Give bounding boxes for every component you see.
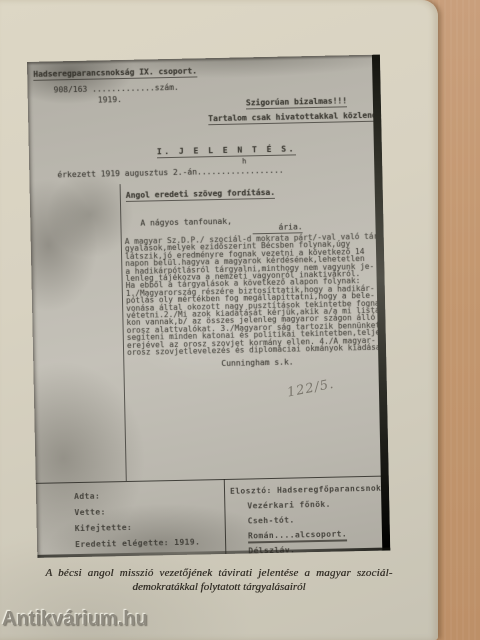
figure-caption: A bécsi angol misszió vezetőjének távira… — [0, 566, 438, 594]
document-header-org: Hadseregparancsnokság IX. csoport. — [33, 66, 197, 80]
distribution-table-right-column: Elosztó: Hadseregfőparancsnok.Vezérkari … — [230, 481, 388, 558]
salutation-line-1: A nágyos tanfounak, — [140, 217, 232, 228]
received-line: érkezett 1919 augusztus 2.-án...........… — [57, 166, 284, 180]
antikvarium-watermark: Antikvárium.hu — [2, 608, 148, 631]
figure-caption-line-1: A bécsi angol misszió vezetőjének távira… — [0, 566, 438, 580]
document-file-number: 908/163 .............szám. — [53, 83, 178, 95]
book-page: Hadseregparancsnokság IX. csoport. 908/1… — [0, 0, 438, 640]
book-photo-background: { "colors": { "background_brown": "#c397… — [0, 0, 480, 640]
handling-table-row: Eredetit elégette: 1919. — [75, 534, 201, 553]
document-body-paragraph: A magyar Sz.D.P./ szociál-d mokrata párt… — [125, 233, 389, 357]
handling-table-left-column: Adta:Vette:Kifejtette:Eredetit elégette:… — [74, 486, 201, 553]
signature-line: Cunningham s.k. — [221, 357, 293, 368]
classification-line-2: Tartalom csak hivatottakkal közlendő — [208, 111, 382, 126]
scanned-document-photo: Hadseregparancsnokság IX. csoport. 908/1… — [27, 55, 390, 558]
table-column-divider — [224, 479, 227, 554]
classification-line-1: Szigorúan bizalmas!!! — [246, 96, 347, 109]
document-title: I. J E L E N T É S. — [157, 144, 296, 158]
document-year: 1919. — [98, 95, 122, 105]
document-subtitle: Angol eredeti szöveg fordítása. — [126, 188, 276, 202]
received-mark: h — [242, 157, 246, 165]
handwritten-pencil-note: 122/5. — [286, 377, 336, 401]
figure-caption-line-2: demokratákkal folytatott tárgyalásairól — [0, 580, 438, 594]
